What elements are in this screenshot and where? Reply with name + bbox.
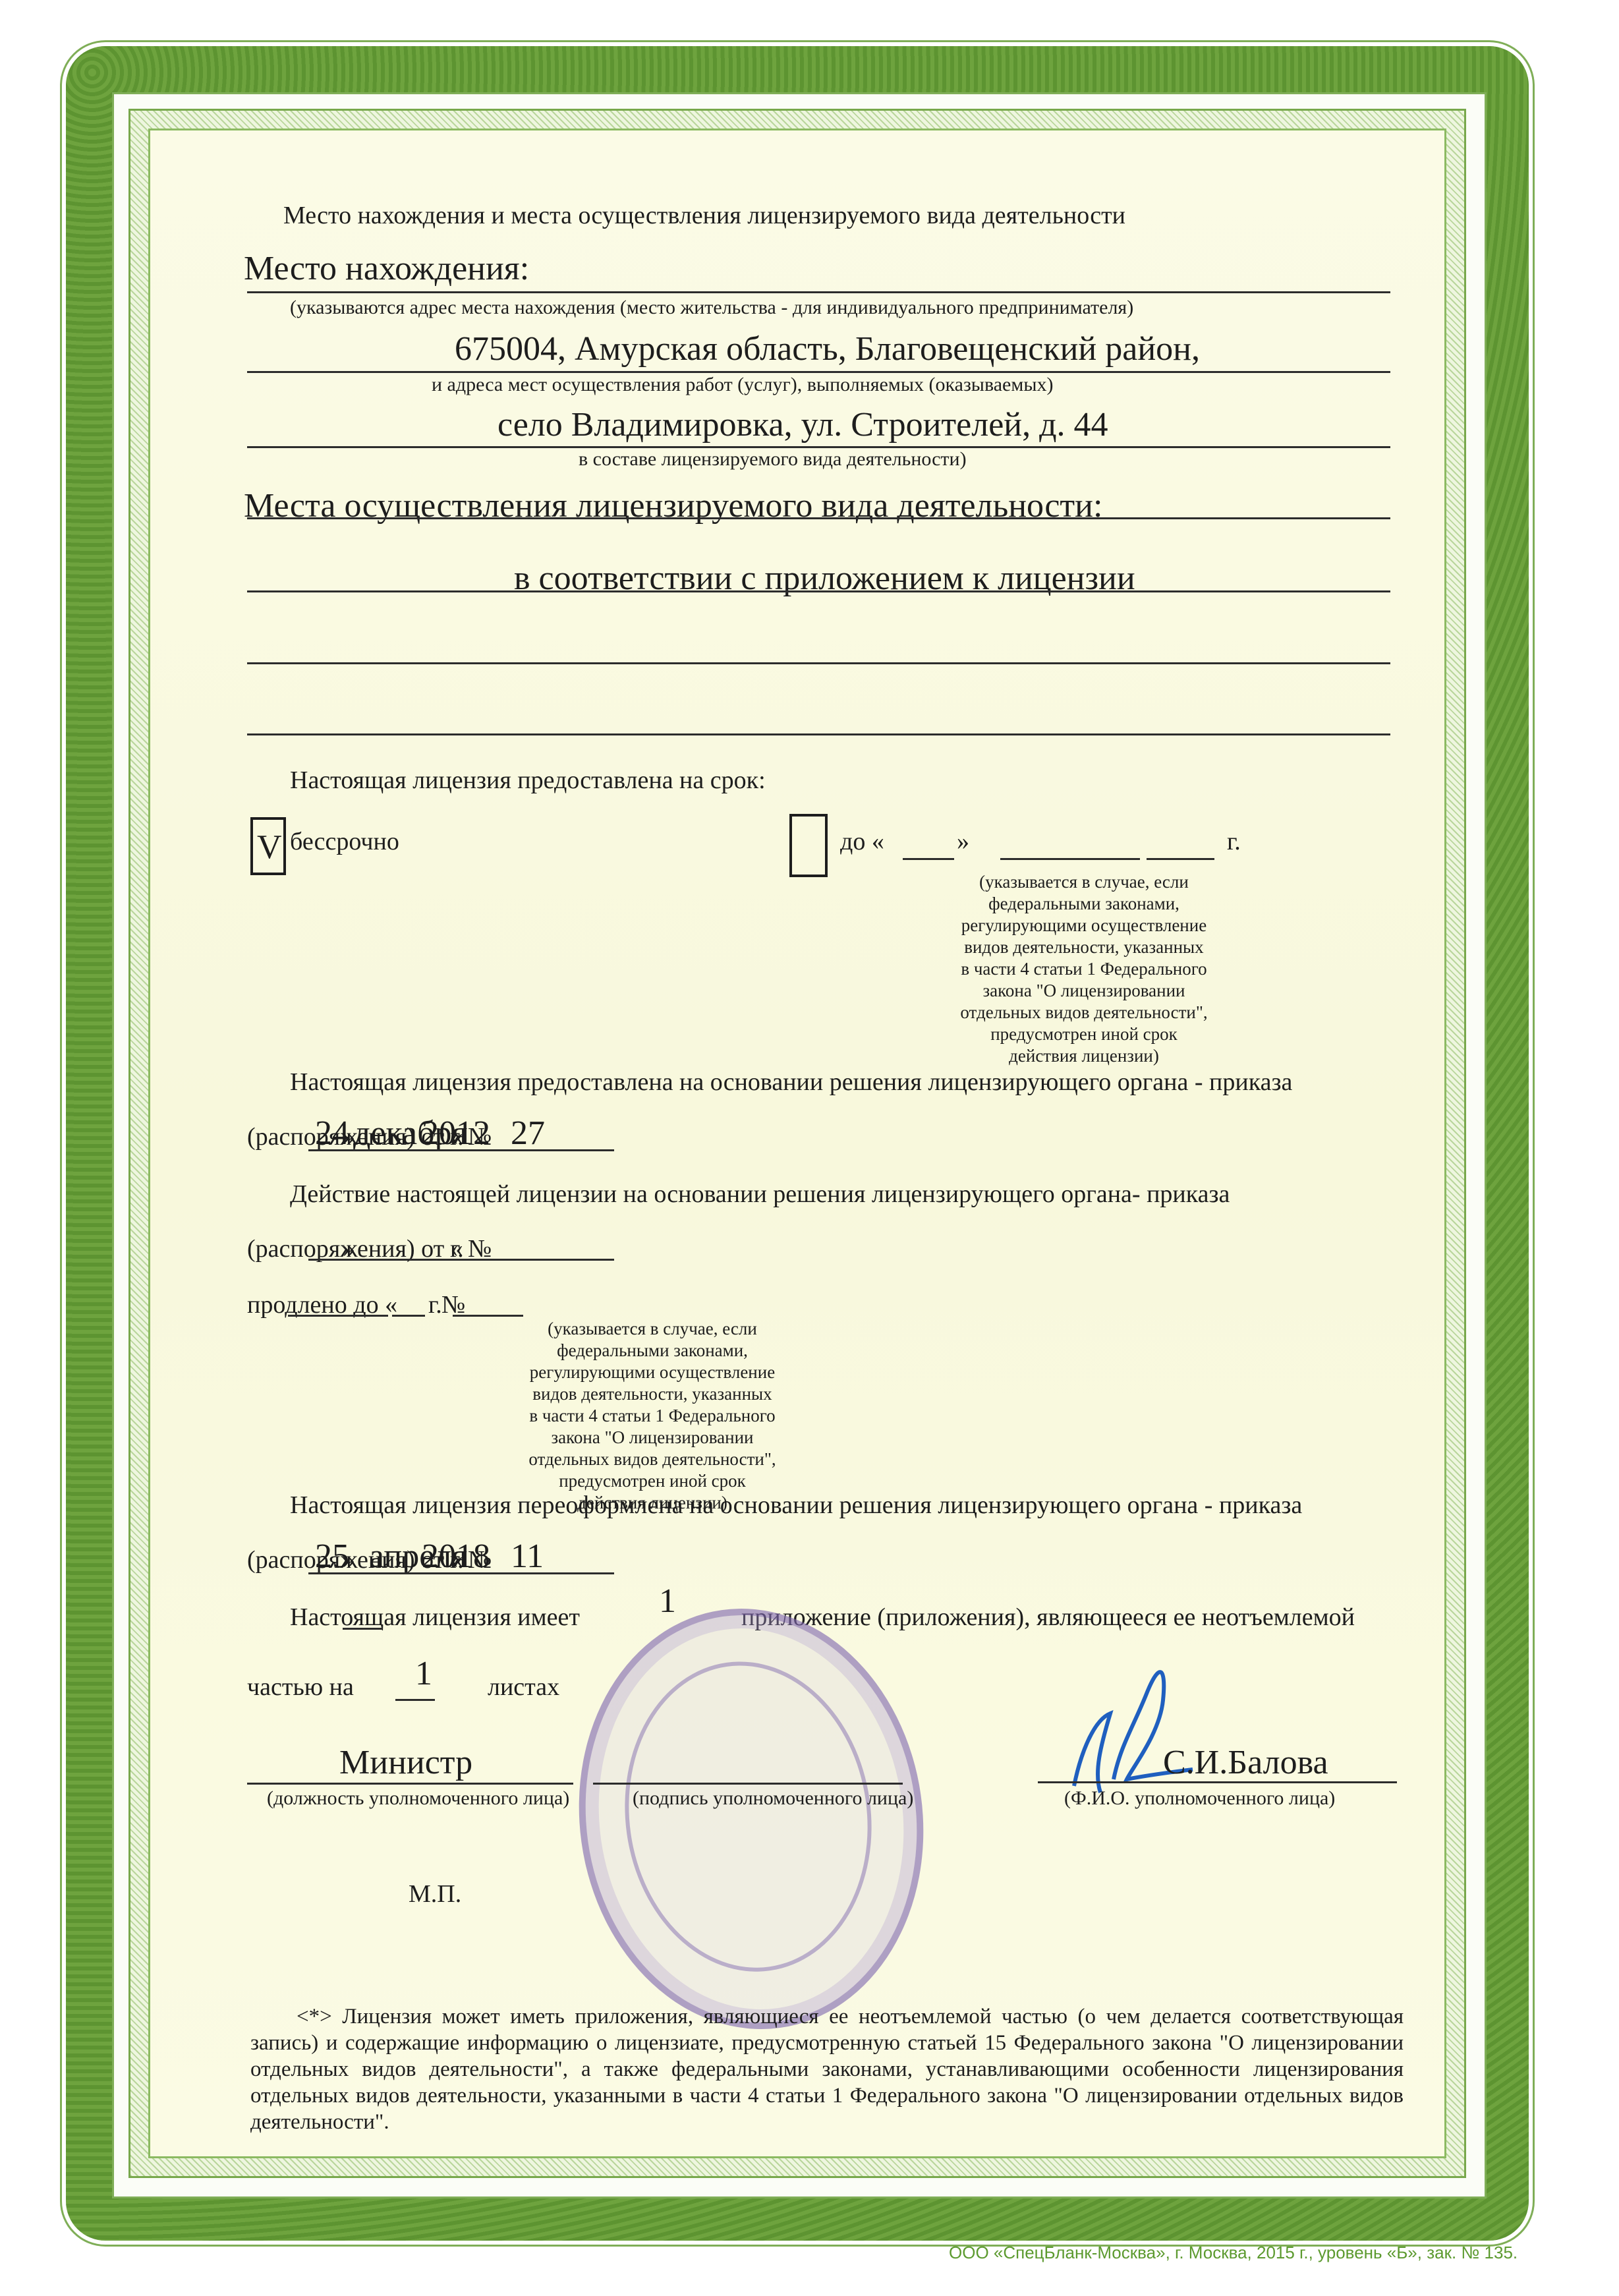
sheets-suffix: листах xyxy=(488,1673,559,1702)
rule xyxy=(474,1572,614,1574)
appendix-text-after: приложение (приложения), являющееся ее н… xyxy=(741,1603,1355,1632)
stamp-emblem xyxy=(605,1646,891,1988)
year-suffix: г. xyxy=(1227,827,1241,856)
year-suffix: г. xyxy=(450,1234,464,1263)
address-line-1: 675004, Амурская область, Благовещенский… xyxy=(455,330,1200,368)
location-hint: (указываются адрес места нахождения (мес… xyxy=(290,297,1133,319)
rule xyxy=(247,1783,573,1785)
signer-name: С.И.Балова xyxy=(1163,1743,1328,1782)
address-hint-2: в составе лицензируемого вида деятельнос… xyxy=(579,448,967,471)
rule xyxy=(247,291,1390,293)
until-date-checkbox[interactable] xyxy=(789,814,828,877)
check-mark: V xyxy=(257,828,282,867)
seal-label: М.П. xyxy=(409,1880,461,1909)
signer-position: Министр xyxy=(339,1743,472,1782)
address-hint: и адреса мест осуществления работ (услуг… xyxy=(432,374,1053,396)
sheets-count: 1 xyxy=(415,1654,432,1693)
quote-close: » xyxy=(343,1545,355,1574)
extended-month-field[interactable] xyxy=(318,1315,388,1317)
year-suffix: г. xyxy=(428,1290,442,1319)
address-line-2: село Владимировка, ул. Строителей, д. 44 xyxy=(497,405,1108,444)
rule xyxy=(247,662,1390,664)
rule xyxy=(343,1628,382,1630)
location-label: Место нахождения: xyxy=(244,249,529,288)
name-hint: (Ф.И.О. уполномоченного лица) xyxy=(1064,1787,1335,1810)
appendix-count: 1 xyxy=(659,1582,676,1621)
year-suffix: г. xyxy=(450,1122,464,1151)
quote-close: » xyxy=(957,827,969,856)
indefinite-checkbox[interactable]: V xyxy=(250,817,286,875)
extended-year-field[interactable] xyxy=(392,1315,425,1317)
reissue-order-text: Настоящая лицензия переоформлена на осно… xyxy=(290,1491,1302,1520)
signature-hint: (подпись уполномоченного лица) xyxy=(633,1787,913,1810)
rule xyxy=(247,733,1390,735)
extended-number-field[interactable] xyxy=(453,1315,523,1317)
term-note: (указывается в случае, если федеральными… xyxy=(959,871,1209,1067)
rule xyxy=(247,371,1390,373)
number-sign: № xyxy=(468,1122,492,1151)
footnote: <*> Лицензия может иметь приложения, явл… xyxy=(250,2003,1404,2135)
appendix-text-before: Настоящая лицензия имеет xyxy=(290,1603,580,1632)
rule xyxy=(247,590,1390,592)
rule xyxy=(247,517,1390,519)
reissue-number: 11 xyxy=(511,1537,544,1576)
until-month-field[interactable] xyxy=(1000,858,1140,860)
term-label: Настоящая лицензия предоставлена на срок… xyxy=(290,766,766,795)
number-sign: № xyxy=(468,1545,492,1574)
indefinite-label: бессрочно xyxy=(290,827,399,856)
rule xyxy=(395,1699,435,1701)
rule xyxy=(593,1783,903,1785)
position-hint: (должность уполномоченного лица) xyxy=(267,1787,569,1810)
activity-places-label: Места осуществления лицензируемого вида … xyxy=(244,486,1102,525)
until-day-field[interactable] xyxy=(903,858,954,860)
grant-order-text: Настоящая лицензия предоставлена на осно… xyxy=(290,1068,1292,1097)
rule xyxy=(1038,1781,1397,1783)
grant-number: 27 xyxy=(511,1114,545,1153)
rule xyxy=(474,1149,614,1151)
sheets-prefix: частью на xyxy=(247,1673,354,1702)
until-prefix: до « xyxy=(840,827,884,856)
until-year-field[interactable] xyxy=(1147,858,1214,860)
extension-number-field[interactable] xyxy=(474,1259,614,1261)
printer-info: ООО «СпецБланк-Москва», г. Москва, 2015 … xyxy=(949,2243,1518,2263)
extended-day-field[interactable] xyxy=(288,1315,318,1317)
extension-note: (указывается в случае, если федеральными… xyxy=(527,1318,778,1514)
extension-order-text: Действие настоящей лицензии на основании… xyxy=(290,1180,1230,1209)
section-title: Место нахождения и места осуществления л… xyxy=(283,201,1125,230)
year-suffix: г. xyxy=(450,1545,464,1574)
